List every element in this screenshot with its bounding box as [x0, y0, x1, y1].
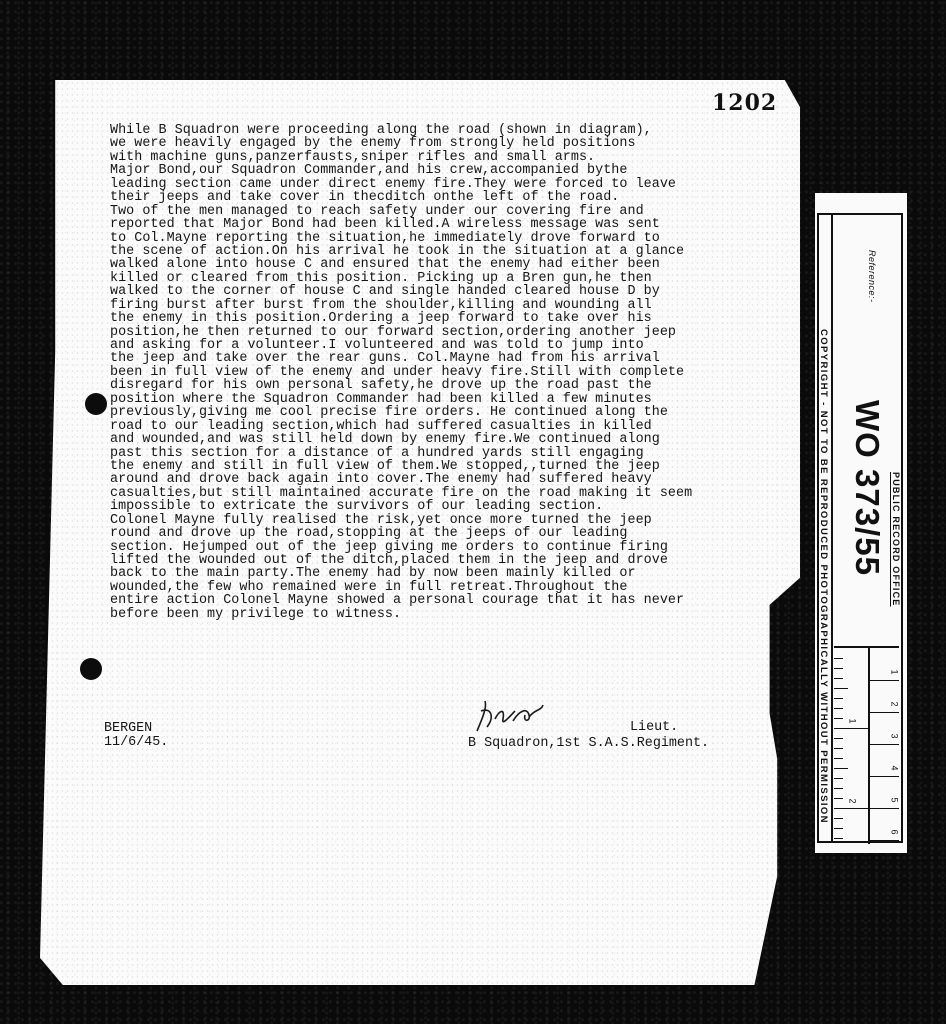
ruler-label: 1 — [889, 669, 899, 674]
text-line: leading section came under direct enemy … — [110, 178, 810, 191]
inch-scale: 12 — [834, 648, 870, 844]
text-line: to Col.Mayne reporting the situation,he … — [110, 232, 810, 245]
text-line: the jeep and take over the rear guns. Co… — [110, 352, 810, 365]
text-line: impossible to extricate the survivors of… — [110, 500, 810, 513]
text-line: reported that Major Bond had been killed… — [110, 218, 810, 231]
record-office-label: PUBLIC RECORD OFFICE — [891, 472, 901, 607]
text-line: Major Bond,our Squadron Commander,and hi… — [110, 164, 810, 177]
text-line: wounded,the few who remained were in ful… — [110, 581, 810, 594]
text-line: previously,giving me cool precise fire o… — [110, 406, 810, 419]
page-number: 1202 — [712, 90, 777, 116]
text-line: before been my privilege to witness. — [110, 608, 810, 621]
text-line: and asking for a volunteer.I volunteered… — [110, 339, 810, 352]
text-line: back to the main party.The enemy had by … — [110, 567, 810, 580]
reference-label: Reference:- — [867, 250, 877, 303]
text-line: section. Hejumped out of the jeep giving… — [110, 541, 810, 554]
ruler-label: 6 — [889, 829, 899, 834]
text-line: disregard for his own personal safety,he… — [110, 379, 810, 392]
scale-ruler: 12 123456 — [834, 646, 899, 844]
cm-scale: 123456 — [870, 648, 899, 844]
punch-hole-icon — [85, 393, 107, 415]
text-line: position where the Squadron Commander ha… — [110, 393, 810, 406]
text-line: around and drove back again into cover.T… — [110, 473, 810, 486]
text-line: their jeeps and take cover in thecditch … — [110, 191, 810, 204]
text-line: casualties,but still maintained accurate… — [110, 487, 810, 500]
document-page: 1202 While B Squadron were proceeding al… — [40, 80, 800, 985]
text-line: the enemy in this position.Ordering a je… — [110, 312, 810, 325]
text-line: killed or cleared from this position. Pi… — [110, 272, 810, 285]
piece-reference: WO 373/55 — [848, 400, 886, 576]
sign-off-location: BERGEN 11/6/45. — [104, 722, 168, 750]
text-line: Colonel Mayne fully realised the risk,ye… — [110, 514, 810, 527]
text-line: the enemy and still in full view of them… — [110, 460, 810, 473]
place-name: BERGEN — [104, 722, 168, 736]
text-line: position,he then returned to our forward… — [110, 326, 810, 339]
text-line: While B Squadron were proceeding along t… — [110, 124, 810, 137]
text-line: road to our leading section,which had su… — [110, 420, 810, 433]
signature-icon — [465, 697, 555, 737]
text-line: round and drove up the road,stopping at … — [110, 527, 810, 540]
text-line: walked to the corner of house C and sing… — [110, 285, 810, 298]
ruler-label: 2 — [889, 701, 899, 706]
ruler-label: 5 — [889, 797, 899, 802]
text-line: we were heavily engaged by the enemy fro… — [110, 137, 810, 150]
text-line: entire action Colonel Mayne showed a per… — [110, 594, 810, 607]
ruler-label: 3 — [889, 733, 899, 738]
date: 11/6/45. — [104, 736, 168, 750]
text-line: lifted the wounded out of the ditch,plac… — [110, 554, 810, 567]
text-line: and wounded,and was still held down by e… — [110, 433, 810, 446]
text-line: with machine guns,panzerfausts,sniper ri… — [110, 151, 810, 164]
ruler-label: 1 — [848, 718, 858, 723]
signatory-unit: B Squadron,1st S.A.S.Regiment. — [468, 736, 709, 751]
ruler-label: 2 — [848, 798, 858, 803]
text-line: been in full view of the enemy and under… — [110, 366, 810, 379]
body-text: While B Squadron were proceeding along t… — [110, 124, 810, 621]
archive-reference-strip: COPYRIGHT - NOT TO BE REPRODUCED PHOTOGR… — [815, 193, 907, 853]
signatory-rank: Lieut. — [630, 720, 678, 735]
text-line: past this section for a distance of a hu… — [110, 447, 810, 460]
punch-hole-icon — [80, 658, 102, 680]
text-line: walked alone into house C and ensured th… — [110, 258, 810, 271]
ruler-label: 4 — [889, 765, 899, 770]
copyright-notice: COPYRIGHT - NOT TO BE REPRODUCED PHOTOGR… — [818, 329, 829, 824]
text-line: Two of the men managed to reach safety u… — [110, 205, 810, 218]
text-line: the scene of action.On his arrival he to… — [110, 245, 810, 258]
text-line: firing burst after burst from the should… — [110, 299, 810, 312]
